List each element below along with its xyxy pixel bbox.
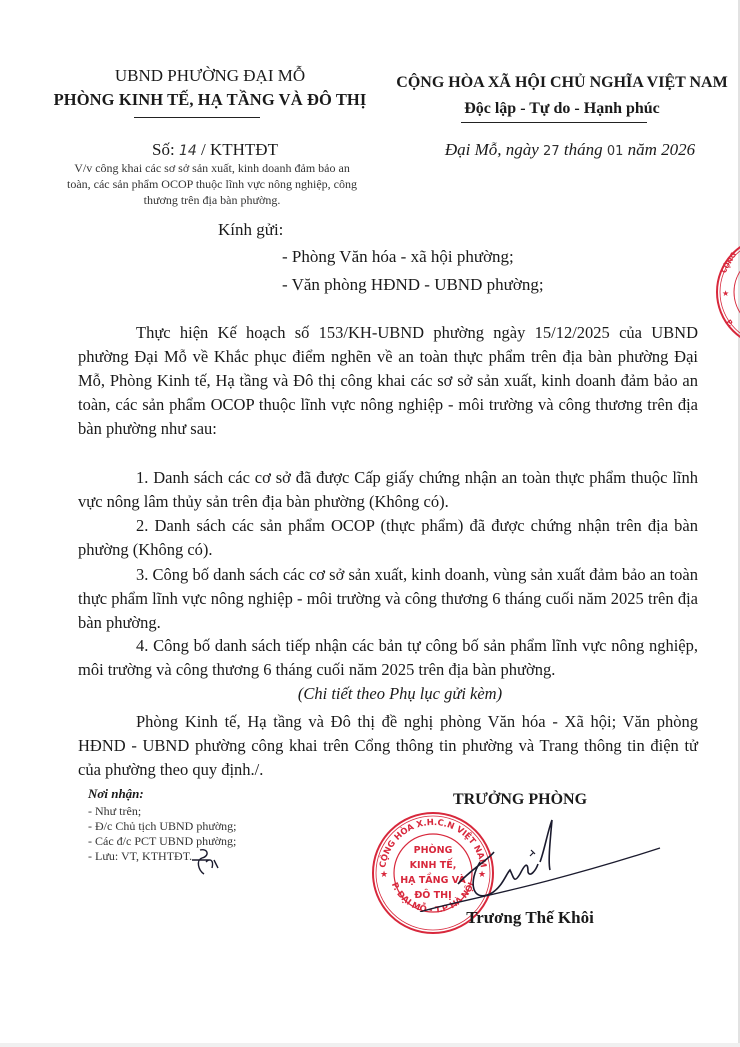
date-prefix: Đại Mỗ, ngày: [445, 140, 539, 159]
signatory-name: Trương Thế Khôi: [440, 908, 620, 928]
recipient-item: - Văn phòng HĐND - UBND phường;: [282, 275, 544, 295]
body-item-text: 3. Công bố danh sách các cơ sở sản xuất,…: [78, 565, 698, 632]
body-item-2: 2. Danh sách các sản phẩm OCOP (thực phẩ…: [78, 514, 698, 562]
svg-text:★: ★: [722, 289, 729, 298]
document-number: Số: 14 / KTHTĐT: [60, 140, 370, 160]
recipients-label: Kính gửi:: [218, 220, 283, 240]
national-title: CỘNG HÒA XÃ HỘI CHỦ NGHĨA VIỆT NAM: [384, 74, 740, 92]
recipient-item: - Phòng Văn hóa - xã hội phường;: [282, 247, 514, 267]
distribution-item: - Lưu: VT, KTHTĐT.: [88, 849, 192, 864]
body-item-text: 4. Công bố danh sách tiếp nhận các bản t…: [78, 636, 698, 679]
body-closing: Phòng Kinh tế, Hạ tầng và Đô thị đề nghị…: [78, 710, 698, 782]
body-closing-text: Phòng Kinh tế, Hạ tầng và Đô thị đề nghị…: [78, 712, 698, 779]
issue-date: Đại Mỗ, ngày 27 tháng 01 năm 2026: [400, 140, 740, 160]
date-day-handwritten: 27: [543, 144, 560, 159]
page-bottom-edge: [0, 1043, 740, 1047]
body-item-4: 4. Công bố danh sách tiếp nhận các bản t…: [78, 634, 698, 682]
distribution-item: - Đ/c Chủ tịch UBND phường;: [88, 819, 237, 834]
date-month-label: tháng: [564, 140, 603, 159]
appendix-note: (Chi tiết theo Phụ lục gửi kèm): [60, 684, 740, 704]
issuing-department: PHÒNG KINH TẾ, HẠ TẦNG VÀ ĐÔ THỊ: [50, 90, 370, 110]
distribution-title: Nơi nhận:: [88, 786, 144, 802]
motto-underline: [461, 122, 647, 123]
initials-signature-icon: [188, 846, 228, 876]
body-item-text: 2. Danh sách các sản phẩm OCOP (thực phẩ…: [78, 516, 698, 559]
body-item-1: 1. Danh sách các cơ sở đã được Cấp giấy …: [78, 466, 698, 514]
doc-number-label: Số:: [152, 140, 175, 159]
date-month-handwritten: 01: [607, 144, 624, 159]
national-motto: Độc lập - Tự do - Hạnh phúc: [384, 100, 740, 118]
distribution-item: - Như trên;: [88, 804, 141, 819]
margin-stamp-partial-icon: ★ CỘNG P.: [712, 232, 740, 352]
handwritten-signature-icon: [410, 812, 670, 912]
body-intro-text: Thực hiện Kế hoạch số 153/KH-UBND phường…: [78, 323, 698, 438]
doc-number-suffix: / KTHTĐT: [201, 140, 278, 159]
svg-text:★: ★: [380, 869, 388, 879]
parent-organization: UBND PHƯỜNG ĐẠI MỖ: [60, 66, 360, 86]
svg-text:CỘNG: CỘNG: [719, 250, 738, 274]
doc-number-handwritten: 14: [179, 143, 197, 159]
date-year: năm 2026: [628, 140, 696, 159]
department-underline: [134, 117, 260, 118]
body-item-3: 3. Công bố danh sách các cơ sở sản xuất,…: [78, 563, 698, 635]
body-intro: Thực hiện Kế hoạch số 153/KH-UBND phường…: [78, 321, 698, 441]
signatory-title: TRƯỞNG PHÒNG: [420, 791, 620, 809]
body-item-text: 1. Danh sách các cơ sở đã được Cấp giấy …: [78, 468, 698, 511]
document-subject: V/v công khai các sơ sở sản xuất, kinh d…: [62, 160, 362, 208]
